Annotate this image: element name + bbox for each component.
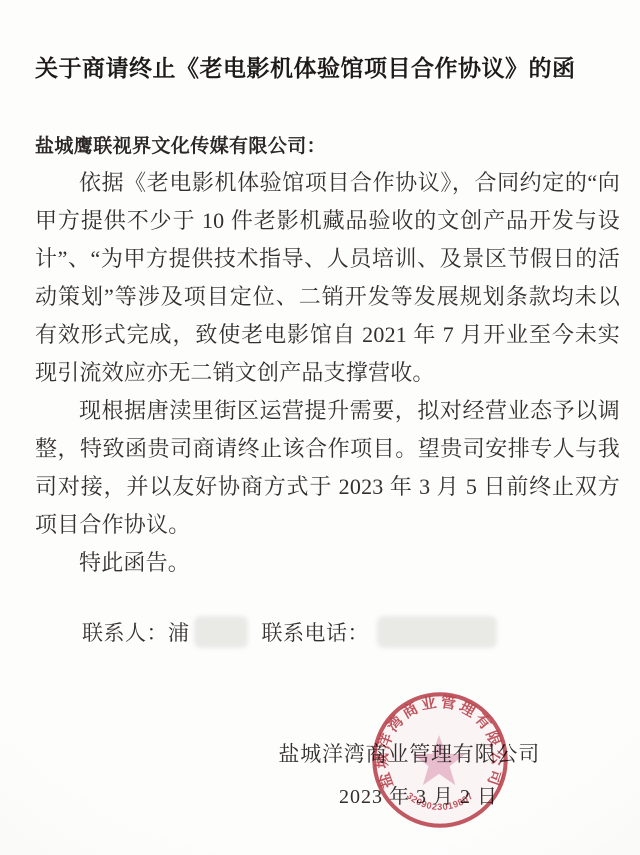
contact-line: 联系人：浦联系电话： xyxy=(82,616,497,648)
body-line: 依据《老电影机体验馆项目合作协议》，合同约定的“向 xyxy=(35,164,620,202)
body-line: 现引流效应亦无二销文创产品支撑营收。 xyxy=(35,354,620,392)
redacted-contact-name xyxy=(194,616,248,648)
body-line: 动策划”等涉及项目定位、二销开发等发展规划条款均未以 xyxy=(35,278,620,316)
redacted-contact-phone xyxy=(377,616,497,648)
addressee-line: 盐城鹰联视界文化传媒有限公司： xyxy=(35,131,326,158)
official-seal: 盐城洋湾商业管理有限公司 3209023019807 xyxy=(366,686,514,834)
body-line: 项目合作协议。 xyxy=(35,506,620,544)
body-line: 特此函告。 xyxy=(35,544,620,582)
contact-person-label: 联系人： xyxy=(82,617,168,647)
body-line: 司对接，并以友好协商方式于 2023 年 3 月 5 日前终止双方 xyxy=(35,468,620,506)
body-line: 甲方提供不少于 10 件老影机藏品验收的文创产品开发与设 xyxy=(35,202,620,240)
body-line: 有效形式完成，致使老电影馆自 2021 年 7 月开业至今未实 xyxy=(35,316,620,354)
body-line: 整，特致函贵司商请终止该合作项目。望贵司安排专人与我 xyxy=(35,430,620,468)
body-line: 计”、“为甲方提供技术指导、人员培训、及景区节假日的活 xyxy=(35,240,620,278)
letter-document: 关于商请终止《老电影机体验馆项目合作协议》的函 盐城鹰联视界文化传媒有限公司： … xyxy=(0,0,640,855)
letter-body: 依据《老电影机体验馆项目合作协议》，合同约定的“向 甲方提供不少于 10 件老影… xyxy=(35,164,620,582)
letter-title: 关于商请终止《老电影机体验馆项目合作协议》的函 xyxy=(35,50,618,83)
body-line: 现根据唐渎里街区运营提升需要，拟对经营业态予以调 xyxy=(35,392,620,430)
contact-person-value: 浦 xyxy=(168,617,190,647)
contact-phone-label: 联系电话： xyxy=(262,617,370,647)
